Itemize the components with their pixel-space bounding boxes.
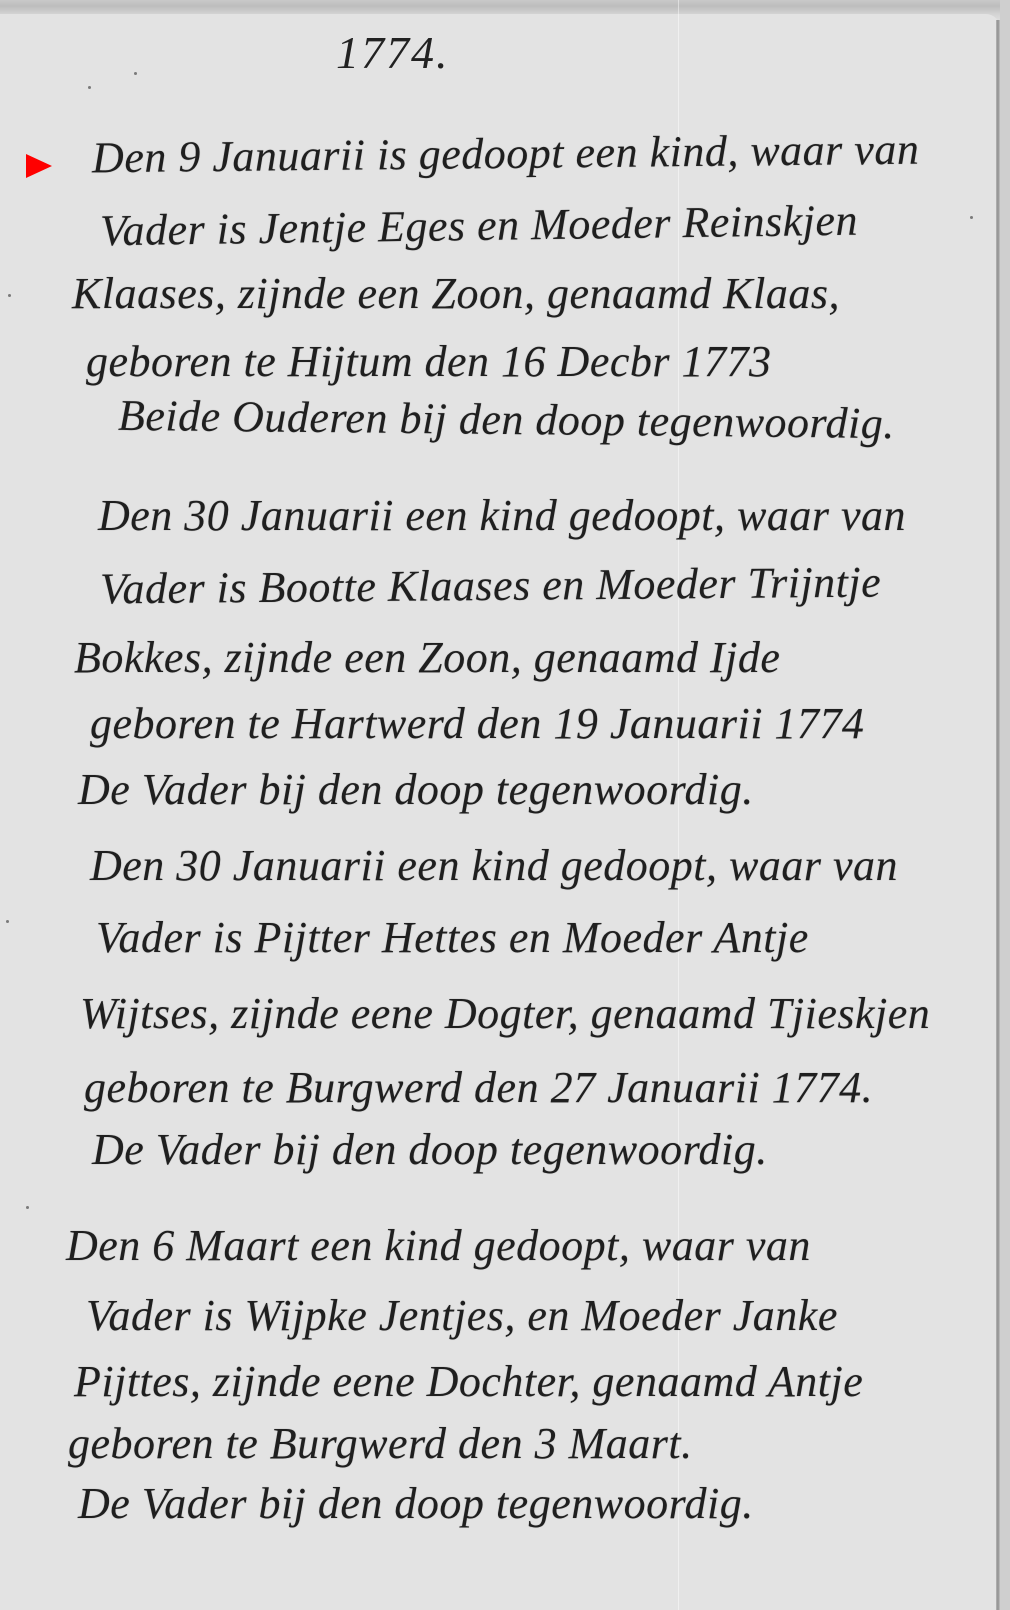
paper-speck: [26, 1206, 29, 1209]
entry-line: De Vader bij den doop tegenwoordig.: [78, 1478, 754, 1529]
entry-line: geboren te Burgwerd den 3 Maart.: [68, 1418, 693, 1469]
entry-line: geboren te Hartwerd den 19 Januarii 1774: [90, 698, 864, 749]
entry-line: Beide Ouderen bij den doop tegenwoordig.: [118, 390, 895, 449]
paper-speck: [6, 920, 9, 923]
paper-speck: [8, 294, 11, 297]
red-arrow-marker-icon: [26, 154, 52, 178]
binding-strip: [1000, 0, 1010, 1610]
entry-line: Pijttes, zijnde eene Dochter, genaamd An…: [74, 1356, 863, 1407]
entry-line: Den 6 Maart een kind gedoopt, waar van: [66, 1220, 811, 1271]
entry-line: Vader is Jentje Eges en Moeder Reinskjen: [100, 195, 859, 257]
entry-line: Vader is Wijpke Jentjes, en Moeder Janke: [86, 1290, 838, 1341]
entry-line: Wijtses, zijnde eene Dogter, genaamd Tji…: [80, 988, 930, 1039]
paper-speck: [970, 216, 973, 219]
entry-line: De Vader bij den doop tegenwoordig.: [78, 764, 754, 815]
entry-line: Bokkes, zijnde een Zoon, genaamd Ijde: [74, 632, 780, 683]
entry-line: Vader is Pijtter Hettes en Moeder Antje: [96, 912, 809, 963]
entry-line: Klaases, zijnde een Zoon, genaamd Klaas,: [72, 268, 840, 319]
entry-line: Den 9 Januarii is gedoopt een kind, waar…: [92, 124, 920, 184]
entry-line: Den 30 Januarii een kind gedoopt, waar v…: [90, 840, 898, 891]
entry-line: Den 30 Januarii een kind gedoopt, waar v…: [98, 490, 906, 541]
entry-line: Vader is Bootte Klaases en Moeder Trijnt…: [100, 557, 882, 615]
paper-speck: [134, 72, 137, 75]
paper-speck: [88, 86, 91, 89]
entry-line: geboren te Hijtum den 16 Decbr 1773: [86, 336, 772, 387]
entry-line: geboren te Burgwerd den 27 Januarii 1774…: [84, 1062, 873, 1113]
entry-line: De Vader bij den doop tegenwoordig.: [92, 1124, 768, 1175]
year-heading: 1774.: [336, 26, 450, 79]
